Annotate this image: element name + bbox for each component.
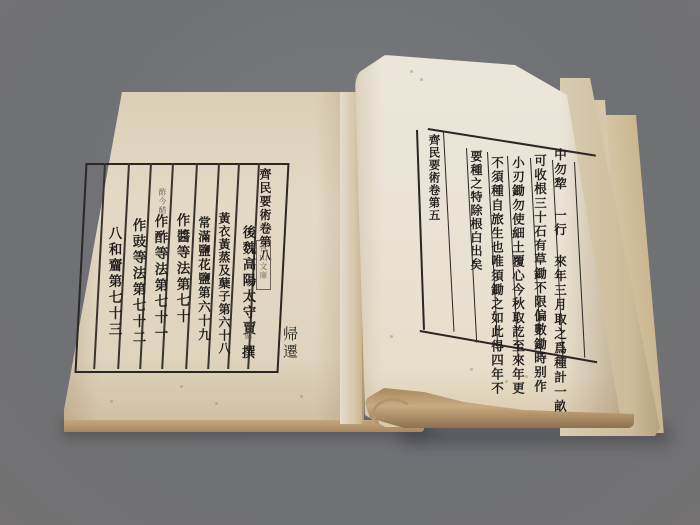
photo-scene: 齊民要術卷第八 青山文庫 後魏高陽太守賈 思勰 撰 黃衣黃蒸及蘖子第六十八 常滿… [0, 0, 700, 525]
chapter-68: 黃衣黃蒸及蘖子第六十八 [218, 212, 230, 355]
right-col-5: 要種之特除根白出矣 [470, 150, 482, 272]
right-col-2: 可收根三十石有草鋤不限偏數鋤時别作 [533, 154, 546, 394]
paper-stain [420, 78, 423, 81]
paper-stain [525, 375, 528, 378]
paper-stain [180, 385, 183, 388]
right-footer-title: 齊民要術卷第五 [428, 134, 440, 222]
chapter-70: 作醬等法第七十 [174, 213, 188, 325]
chapter-72: 作豉等法第七十二 [130, 218, 144, 346]
paper-stain [505, 380, 508, 383]
handwritten-margin-note: 帰遷 [282, 326, 297, 361]
chapter-71: 作酢等法第七十一 [152, 214, 166, 342]
right-col-1: 中勿犂 一行 來年三月取之爲種計一畝 [553, 148, 566, 414]
paper-stain [110, 400, 113, 403]
page-curl-roll [372, 398, 414, 430]
author-suffix: 撰 [239, 345, 253, 361]
chapter-73: 八和齏第七十三 [106, 226, 120, 338]
paper-stain [470, 368, 473, 371]
chapter-71-note: 酢今醋 [158, 188, 166, 215]
paper-stain [215, 402, 218, 405]
right-col-3: 小刃鋤勿使細土覆心今秋取訖至來年更 [511, 156, 524, 396]
seal-text: 青山文庫 [259, 244, 267, 280]
left-page-stack-edge [64, 420, 424, 432]
chapter-69: 常滿鹽花鹽第六十九 [197, 216, 210, 342]
author-name-note: 思勰 [244, 322, 252, 340]
right-col-4: 不須種自旅生也唯須鋤之如此得四年不 [490, 156, 503, 396]
paper-stain [410, 70, 413, 73]
paper-stain [390, 335, 393, 338]
author-line: 後魏高陽太守賈 [240, 225, 254, 337]
paper-stain [300, 395, 303, 398]
